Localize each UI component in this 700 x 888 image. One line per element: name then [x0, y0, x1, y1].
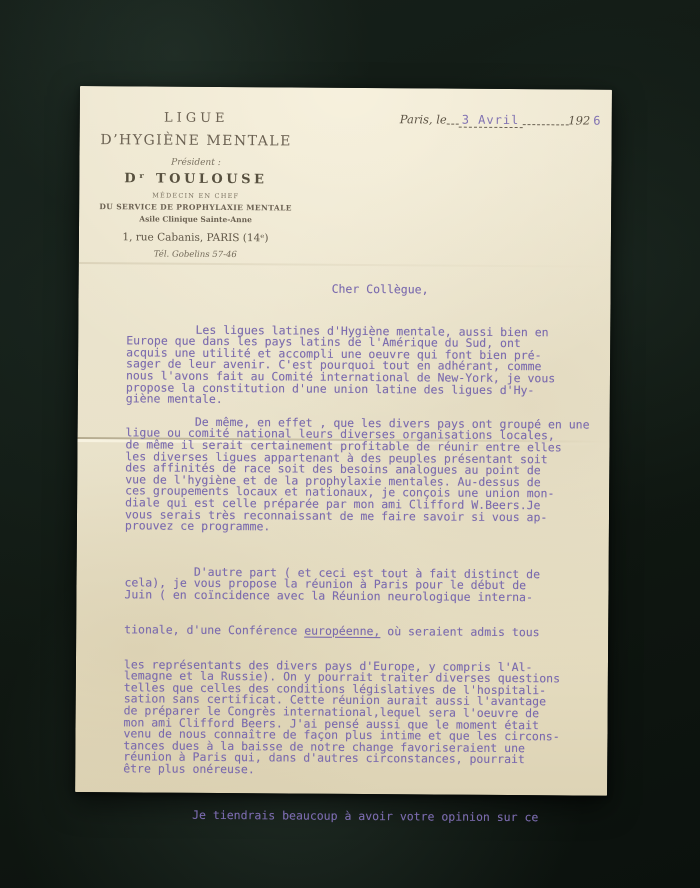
date-printed-year: 192	[568, 113, 590, 127]
paragraph-3-lines-b: les représentants des divers pays d'Euro…	[123, 659, 602, 778]
president-name: Dʳ TOULOUSE	[93, 171, 298, 187]
paragraph-2: De même, en effet , que les divers pays …	[125, 416, 604, 535]
photo-backdrop: LIGUE D’HYGIÈNE MENTALE Président : Dʳ T…	[0, 0, 700, 888]
letterhead-block: LIGUE D’HYGIÈNE MENTALE Président : Dʳ T…	[93, 110, 299, 260]
underlined-word: européenne,	[304, 623, 380, 638]
letter-body: Cher Collègue, Les ligues latines d'Hygi…	[123, 282, 605, 835]
org-name-line-1: LIGUE	[94, 110, 299, 126]
date-typed-day-month: 3 Avril	[459, 113, 523, 128]
president-title-line-1: MÉDECIN EN CHEF	[93, 191, 298, 200]
letterhead-address: 1, rue Cabanis, PARIS (14ᵉ)	[93, 231, 298, 244]
underline-pre-text: tionale, d'une Conférence	[124, 622, 304, 637]
paragraph-4: Je tiendrais beaucoup à avoir votre opin…	[123, 809, 601, 824]
letterhead-phone: Tél. Gobelins 57-46	[93, 249, 298, 260]
underline-post-text: où seraient admis tous	[380, 624, 539, 639]
paragraph-1: Les ligues latines d'Hygiène mentale, au…	[126, 324, 605, 408]
date-typed-year-digit: 6	[590, 114, 604, 128]
salutation: Cher Collègue,	[332, 284, 605, 297]
letter-paper: LIGUE D’HYGIÈNE MENTALE Président : Dʳ T…	[75, 86, 612, 796]
date-dotted-rule-right	[522, 124, 568, 125]
paragraph-3: D'autre part ( et ceci est tout à fait d…	[123, 543, 603, 801]
date-line: Paris, le 3 Avril 192 6	[400, 112, 605, 128]
president-label: Président :	[93, 157, 298, 168]
fold-crease-upper	[79, 262, 611, 268]
date-dotted-rule-left	[447, 124, 459, 125]
president-title-line-3: Asile Clinique Sainte-Anne	[93, 214, 298, 224]
paragraph-3-lines-a: D'autre part ( et ceci est tout à fait d…	[124, 566, 602, 604]
org-name-line-2: D’HYGIÈNE MENTALE	[94, 132, 299, 149]
paragraph-3-underlined-line: tionale, d'une Conférence européenne, où…	[124, 624, 602, 639]
date-printed-prefix: Paris, le	[400, 112, 447, 126]
president-title-line-2: DU SERVICE DE PROPHYLAXIE MENTALE	[93, 202, 298, 212]
